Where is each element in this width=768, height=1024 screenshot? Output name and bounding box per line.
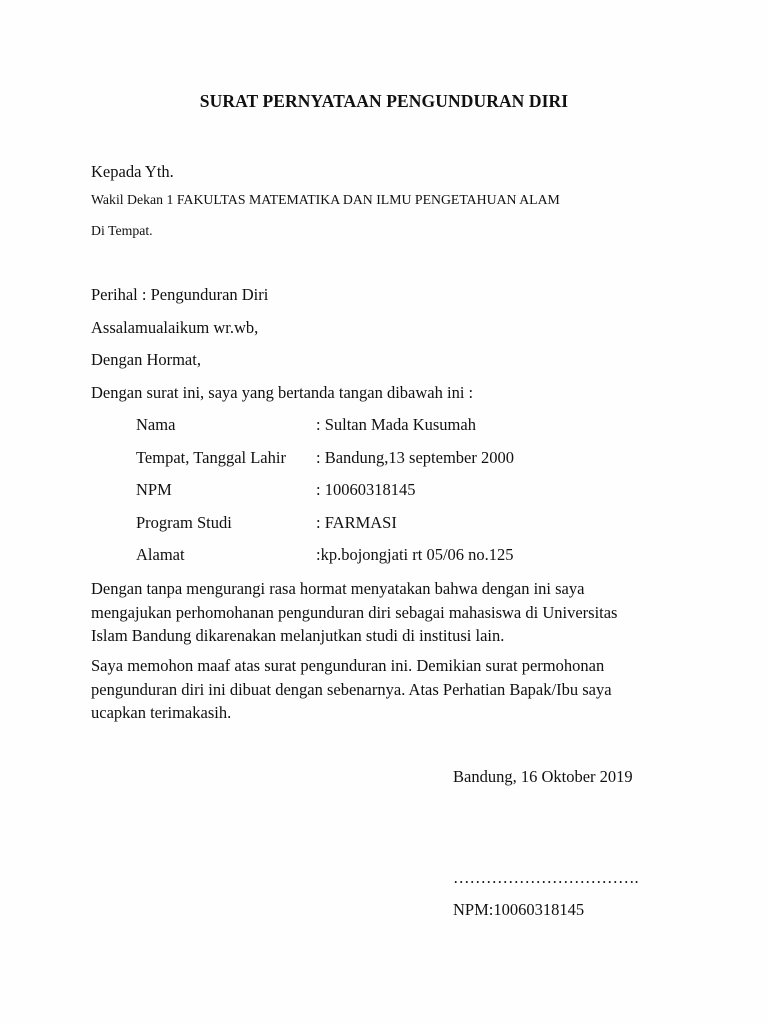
signature-line: ……………………………. (453, 870, 639, 887)
identity-value-npm: : 10060318145 (316, 482, 415, 499)
identity-value-ttl: : Bandung,13 september 2000 (316, 450, 514, 467)
paragraph-line: Islam Bandung dikarenakan melanjutkan st… (91, 624, 651, 648)
paragraph-line: Saya memohon maaf atas surat pengunduran… (91, 654, 651, 678)
identity-label-npm: NPM (136, 482, 172, 499)
paragraph-line: ucapkan terimakasih. (91, 701, 651, 725)
identity-label-alamat: Alamat (136, 547, 185, 564)
recipient-addressee: Wakil Dekan 1 FAKULTAS MATEMATIKA DAN IL… (91, 193, 560, 207)
paragraph-line: Dengan tanpa mengurangi rasa hormat meny… (91, 577, 651, 601)
recipient-location: Di Tempat. (91, 224, 153, 238)
paragraph-line: pengunduran diri ini dibuat dengan seben… (91, 678, 651, 702)
salutation-formal: Dengan Hormat, (91, 352, 201, 369)
subject-line: Perihal : Pengunduran Diri (91, 287, 268, 304)
identity-value-prodi: : FARMASI (316, 515, 397, 532)
statement-paragraph: Dengan tanpa mengurangi rasa hormat meny… (91, 577, 651, 648)
identity-label-nama: Nama (136, 417, 175, 434)
document-title: SURAT PERNYATAAN PENGUNDURAN DIRI (0, 93, 768, 111)
paragraph-line: mengajukan perhomohanan pengunduran diri… (91, 601, 651, 625)
signature-npm: NPM:10060318145 (453, 902, 584, 919)
identity-value-alamat: :kp.bojongjati rt 05/06 no.125 (316, 547, 514, 564)
intro-line: Dengan surat ini, saya yang bertanda tan… (91, 385, 473, 402)
signature-place-date: Bandung, 16 Oktober 2019 (453, 769, 633, 786)
closing-paragraph: Saya memohon maaf atas surat pengunduran… (91, 654, 651, 725)
identity-label-ttl: Tempat, Tanggal Lahir (136, 450, 286, 467)
identity-value-nama: : Sultan Mada Kusumah (316, 417, 476, 434)
recipient-greeting: Kepada Yth. (91, 164, 174, 181)
salutation-islamic: Assalamualaikum wr.wb, (91, 320, 258, 337)
identity-label-prodi: Program Studi (136, 515, 232, 532)
